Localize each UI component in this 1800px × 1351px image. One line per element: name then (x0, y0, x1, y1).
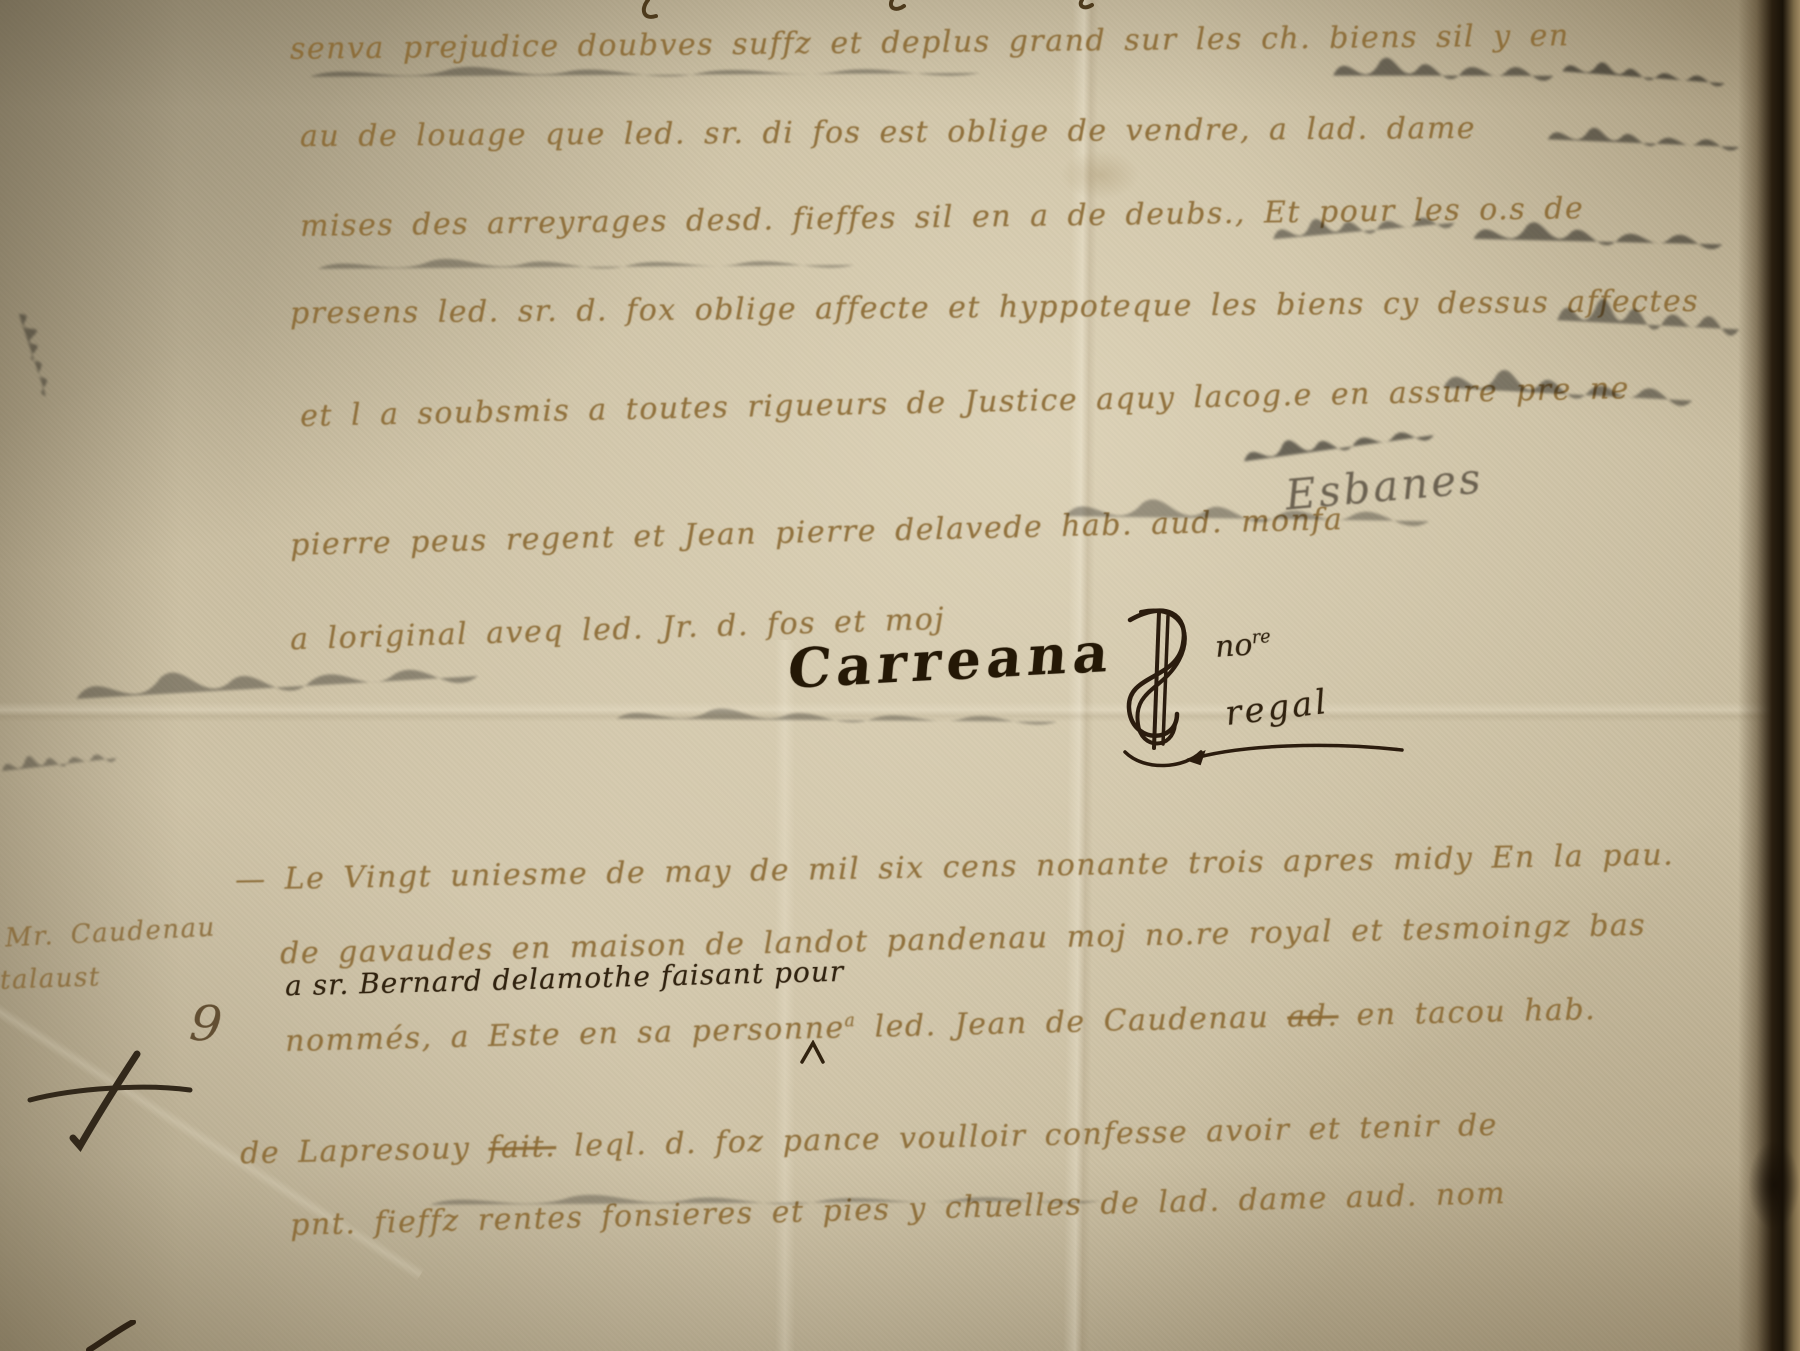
manuscript-line: au de louage que led. sr. di fos est obl… (300, 111, 1476, 154)
ink-bleedthrough (69, 641, 491, 726)
manuscript-line: nommés, a Este en sa personnea led. Jean… (285, 992, 1597, 1059)
top-edge-ink-fragments (630, 0, 1150, 22)
ink-bleedthrough (310, 250, 870, 280)
ink-bleedthrough (1544, 111, 1747, 170)
ink-bleedthrough (0, 738, 121, 786)
margin-figure-nine: 9 (187, 993, 225, 1054)
ink-bleedthrough (4, 306, 66, 403)
ink-bleedthrough (1551, 270, 1748, 369)
date-line: — Le Vingt uniesme de may de mil six cen… (235, 837, 1675, 897)
insertion-caret (798, 1040, 828, 1064)
signature-underline-flourish (1180, 740, 1410, 770)
ink-bleedthrough (1269, 195, 1462, 260)
margin-note-word: talaust (0, 962, 101, 996)
ink-bleedthrough (420, 1186, 1120, 1216)
manuscript-line: presens led. sr. d. fox oblige affecte e… (290, 284, 1699, 331)
stain-blotch (1060, 150, 1140, 200)
struck-word: ad. (1287, 998, 1339, 1034)
ink-bleedthrough (300, 58, 1000, 88)
ink-bleedthrough (1469, 201, 1732, 275)
bottom-edge-ink-stroke (85, 1320, 145, 1351)
ink-bleedthrough (1558, 46, 1731, 104)
ink-bleedthrough (1329, 38, 1561, 106)
page-edge-tear (1748, 1140, 1800, 1230)
manuscript-line: de gavaudes en maison de landot pandenau… (280, 908, 1647, 972)
struck-word: fait. (488, 1129, 556, 1166)
manuscript-page: senva prejudice doubves suffz et deplus … (0, 0, 1800, 1351)
superscript-insert-mark: a (844, 1011, 856, 1031)
margin-cross-mark (25, 1050, 200, 1155)
manuscript-line: de Lapresouy fait. leql. d. foz pance vo… (240, 1108, 1499, 1172)
notary-title: nore (1214, 626, 1272, 665)
vertical-crease-lower (775, 640, 795, 1351)
margin-note-name: Mr. Caudenau (4, 913, 216, 954)
ink-bleedthrough (610, 696, 1071, 740)
notary-title-word: regal (1223, 682, 1331, 734)
